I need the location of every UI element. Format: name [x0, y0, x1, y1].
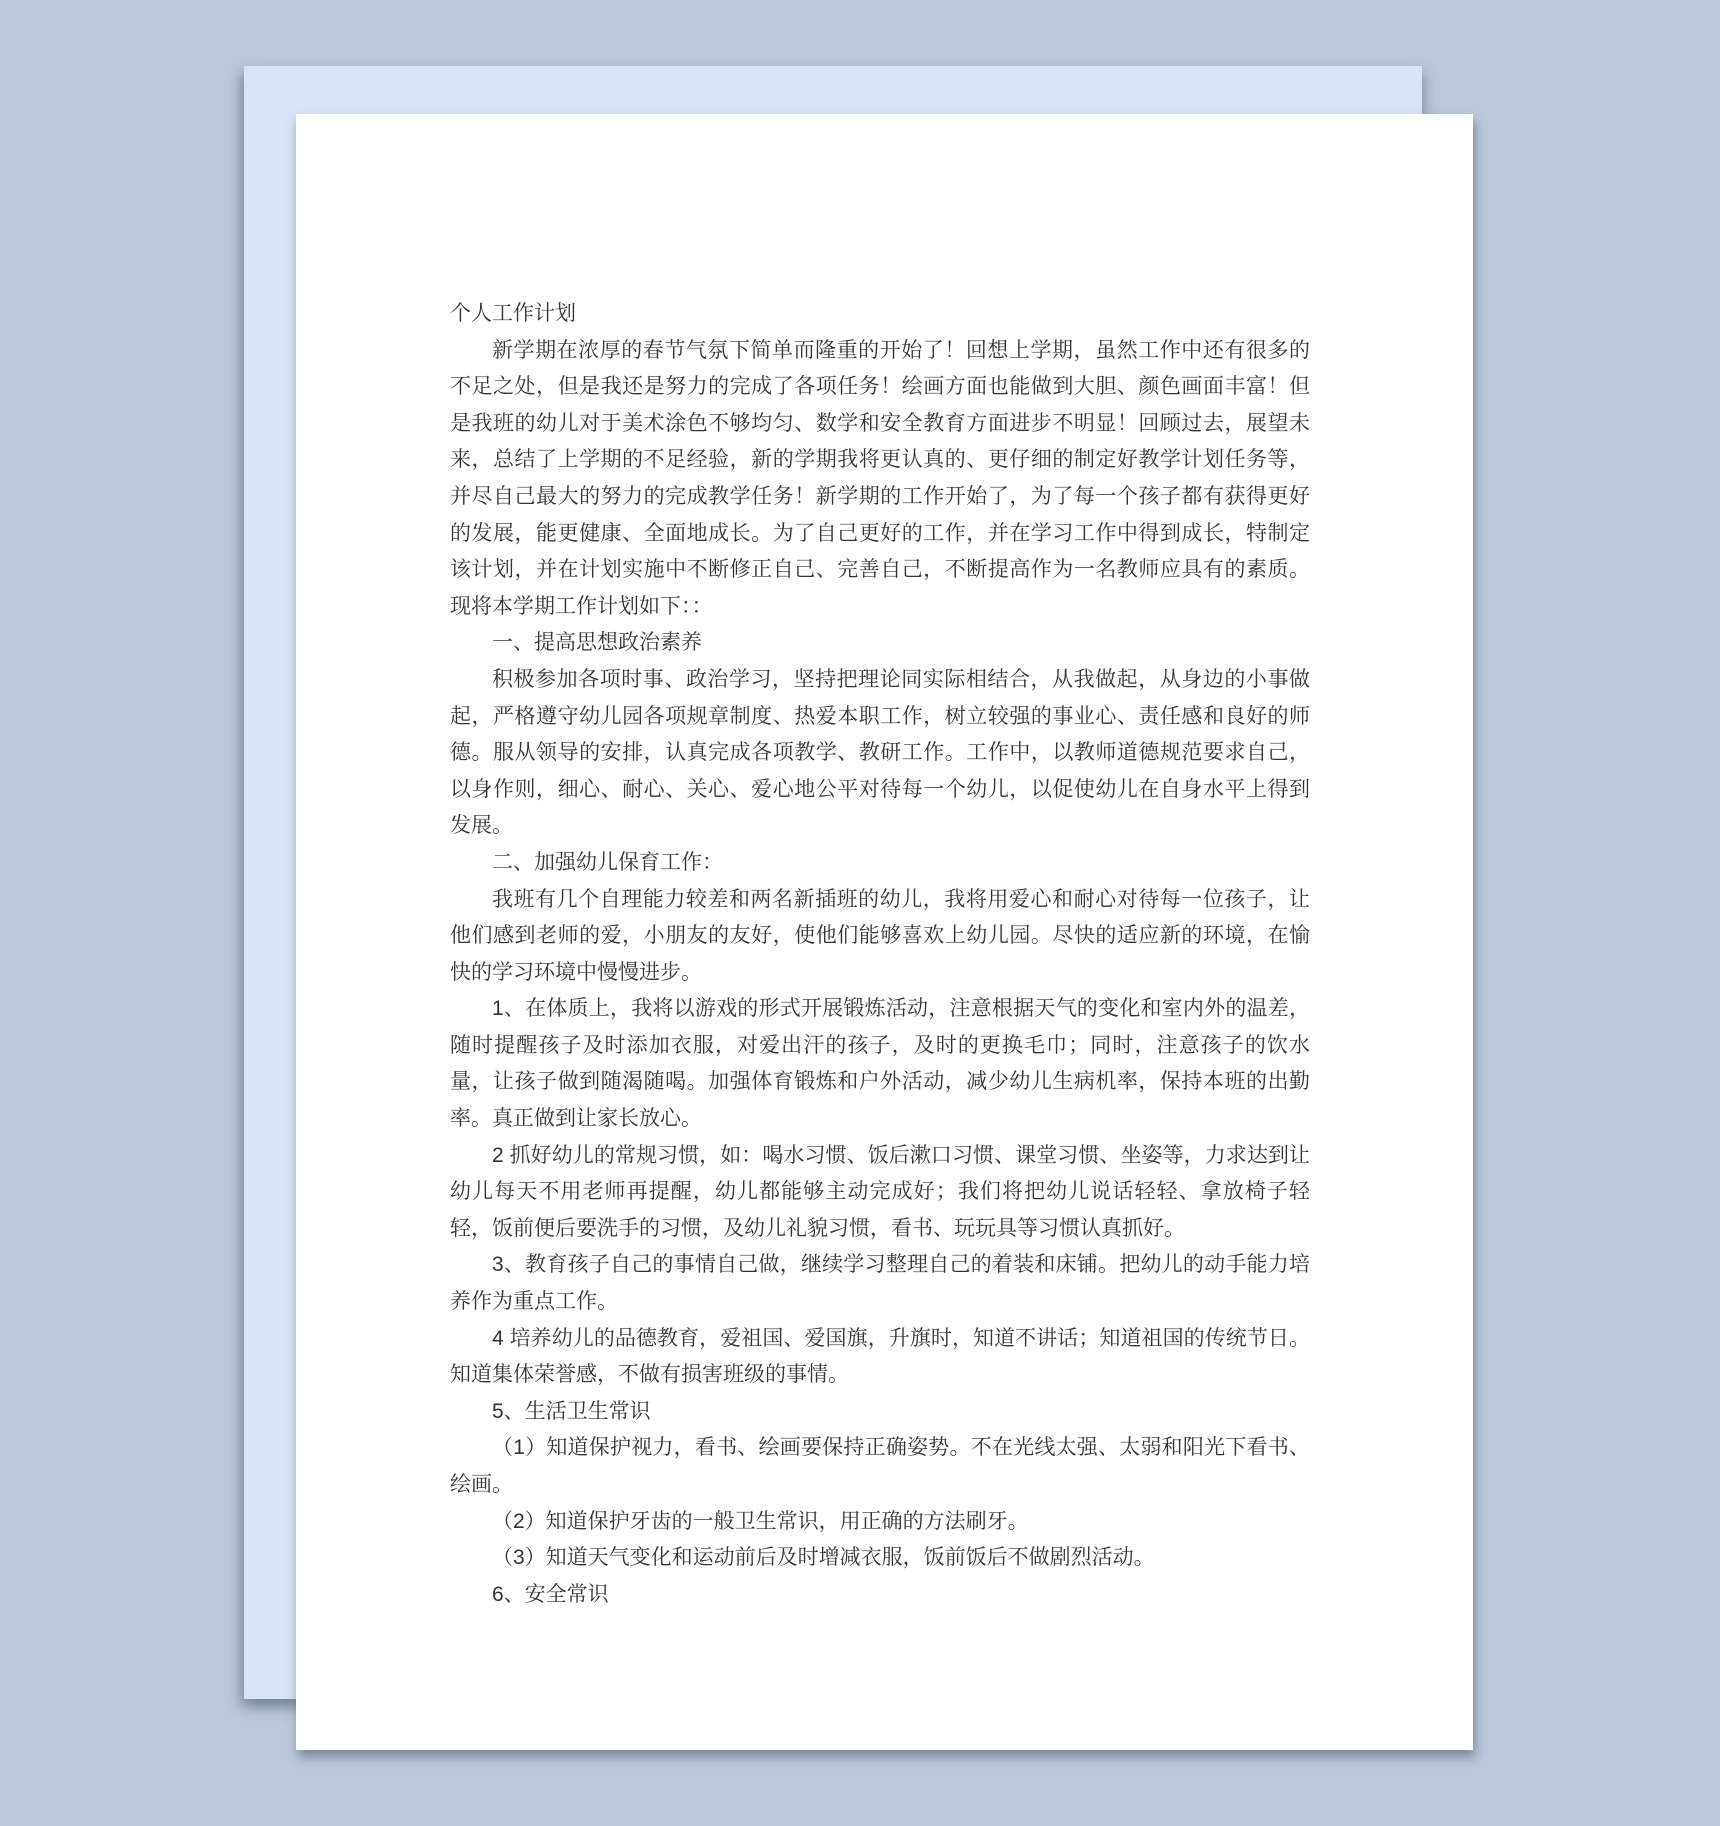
- list-item-3: 3、教育孩子自己的事情自己做，继续学习整理自己的着装和床铺。把幼儿的动手能力培养…: [450, 1247, 1310, 1320]
- section-heading-safety: 6、安全常识: [450, 1577, 1310, 1614]
- section-heading-childcare: 二、加强幼儿保育工作：: [450, 845, 1310, 882]
- list-item-2: 2 抓好幼儿的常规习惯，如：喝水习惯、饭后漱口习惯、课堂习惯、坐姿等，力求达到让…: [450, 1138, 1310, 1248]
- document-title: 个人工作计划: [450, 296, 1310, 333]
- list-item-4: 4 培养幼儿的品德教育，爱祖国、爱国旗，升旗时，知道不讲话；知道祖国的传统节日。…: [450, 1321, 1310, 1394]
- sub-item-2: （2）知道保护牙齿的一般卫生常识，用正确的方法刷牙。: [450, 1504, 1310, 1541]
- section-heading-hygiene: 5、生活卫生常识: [450, 1394, 1310, 1431]
- body-paragraph: 积极参加各项时事、政治学习，坚持把理论同实际相结合，从我做起，从身边的小事做起，…: [450, 662, 1310, 845]
- intro-paragraph: 新学期在浓厚的春节气氛下简单而隆重的开始了！回想上学期，虽然工作中还有很多的不足…: [450, 333, 1310, 626]
- section-heading-political: 一、提高思想政治素养: [450, 625, 1310, 662]
- sub-item-1: （1）知道保护视力，看书、绘画要保持正确姿势。不在光线太强、太弱和阳光下看书、绘…: [450, 1430, 1310, 1503]
- sub-item-3: （3）知道天气变化和运动前后及时增减衣服，饭前饭后不做剧烈活动。: [450, 1540, 1310, 1577]
- document-page: 个人工作计划 新学期在浓厚的春节气氛下简单而隆重的开始了！回想上学期，虽然工作中…: [296, 114, 1473, 1750]
- list-item-1: 1、在体质上，我将以游戏的形式开展锻炼活动，注意根据天气的变化和室内外的温差，随…: [450, 991, 1310, 1137]
- body-paragraph: 我班有几个自理能力较差和两名新插班的幼儿，我将用爱心和耐心对待每一位孩子，让他们…: [450, 882, 1310, 992]
